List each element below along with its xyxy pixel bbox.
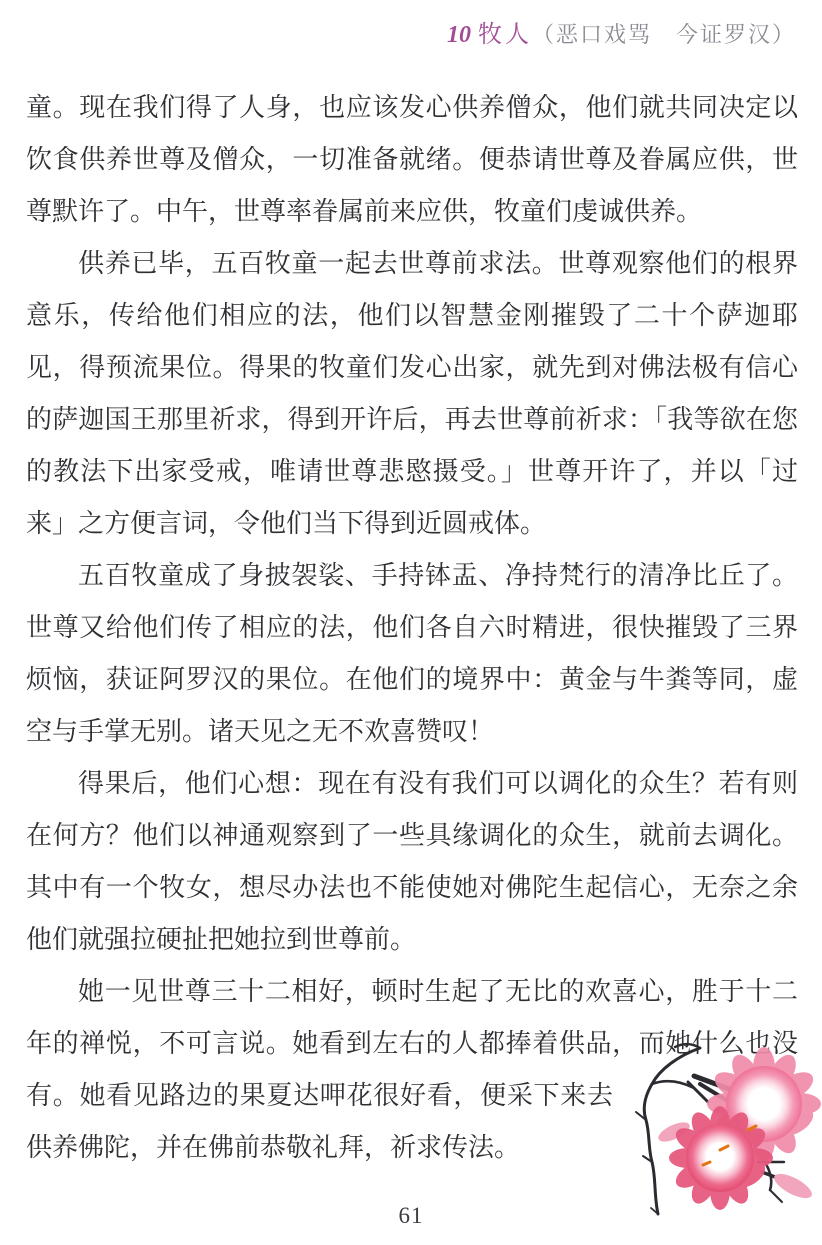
- chapter-subtitle: （恶口戏骂 今证罗汉）: [532, 22, 796, 47]
- paragraph: 五百牧童成了身披袈裟、手持钵盂、净持梵行的清净比丘了。世尊又给他们传了相应的法，…: [26, 550, 798, 758]
- page-number: 61: [0, 1203, 822, 1229]
- paragraph: 得果后，他们心想：现在有没有我们可以调化的众生？若有则在何方？他们以神通观察到了…: [26, 758, 798, 966]
- chapter-title: 牧人: [478, 22, 532, 48]
- chapter-number: 10: [447, 22, 471, 48]
- running-header: 10牧人（恶口戏骂 今证罗汉）: [0, 20, 796, 53]
- paragraph-text: 她看见路边的果夏达呷花很好看，便采下来去供养佛陀，并在佛前恭敬礼拜，祈求传法。: [26, 1081, 613, 1162]
- body-text: 童。现在我们得了人身，也应该发心供养僧众，他们就共同决定以饮食供养世尊及僧众，一…: [26, 82, 798, 1192]
- book-page: 10牧人（恶口戏骂 今证罗汉） 童。现在我们得了人身，也应该发心供养僧众，他们就…: [0, 0, 822, 1245]
- paragraph: 供养已毕，五百牧童一起去世尊前求法。世尊观察他们的根界意乐，传给他们相应的法，他…: [26, 238, 798, 550]
- paragraph: 童。现在我们得了人身，也应该发心供养僧众，他们就共同决定以饮食供养世尊及僧众，一…: [26, 82, 798, 238]
